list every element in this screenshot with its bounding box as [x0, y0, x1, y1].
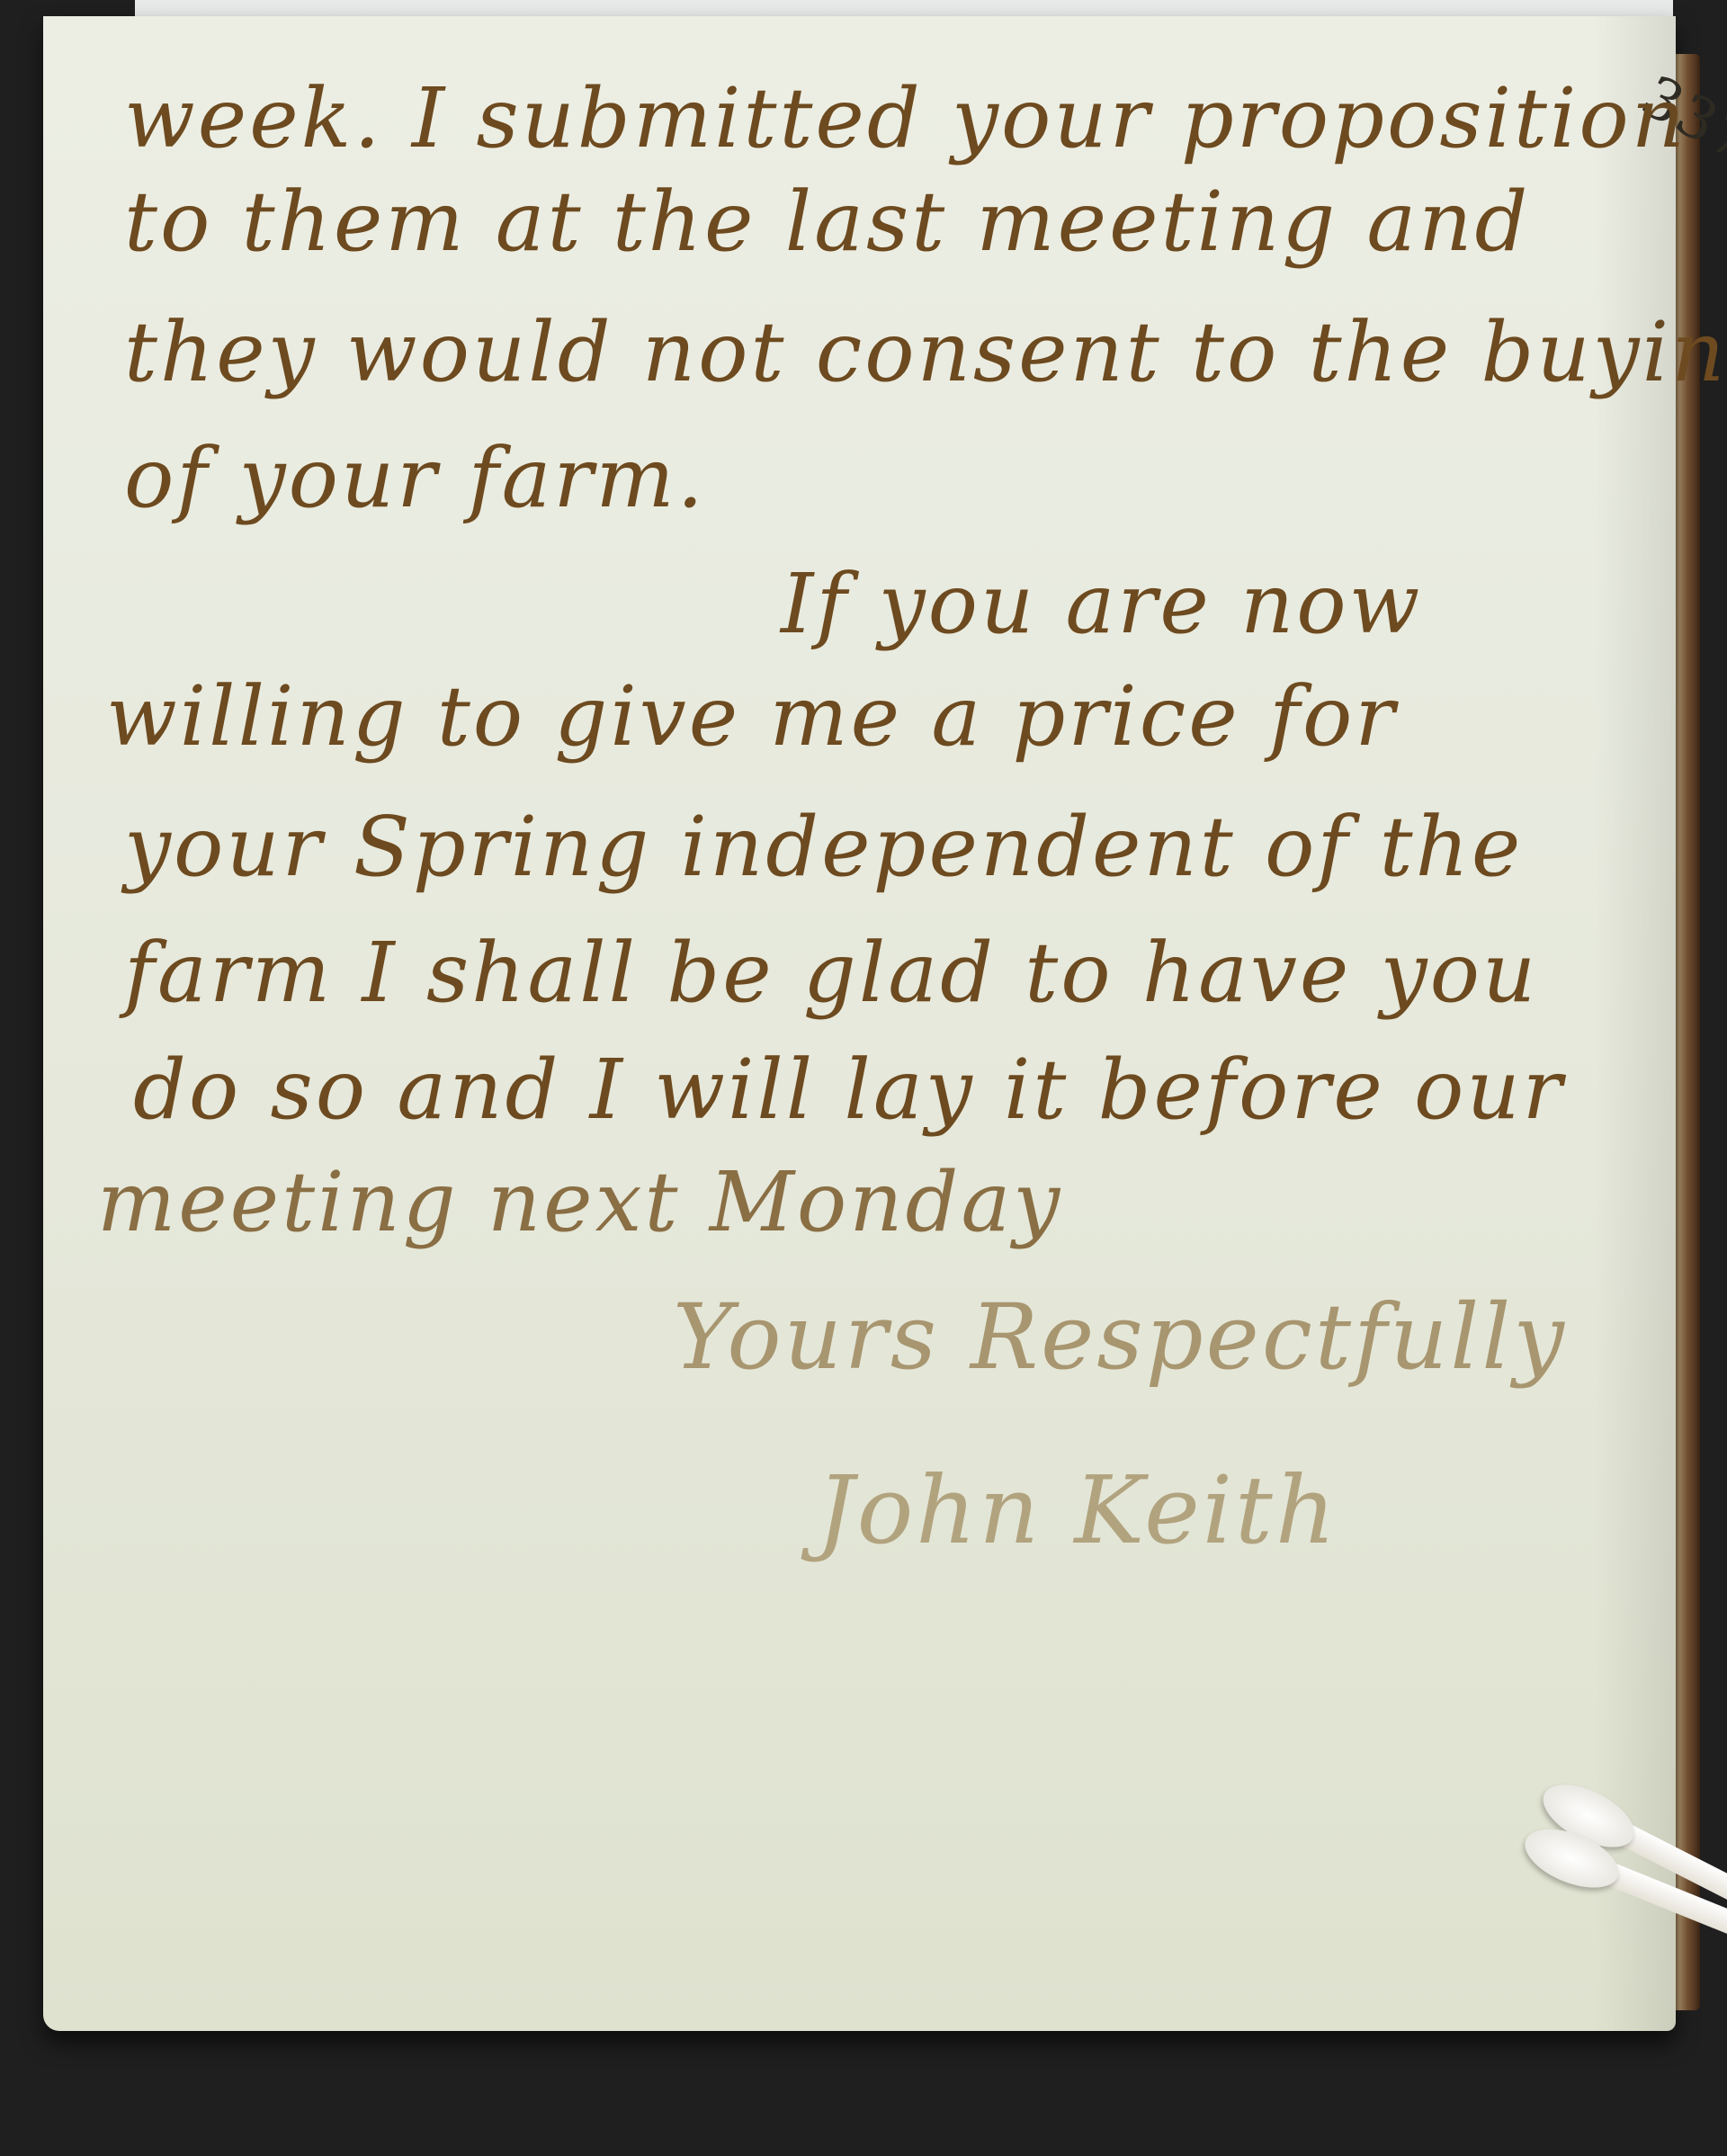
letter-line: willing to give me a price for: [106, 668, 1397, 765]
letter-line: of your farm.: [124, 430, 706, 526]
letter-line: to them at the last meeting and: [124, 174, 1530, 270]
letter-line: your Spring independent of the: [124, 799, 1523, 895]
letter-line: If you are now: [781, 556, 1422, 652]
letter-line: they would not consent to the buying: [124, 304, 1727, 400]
letter-page: 337 week. I submitted your proposition t…: [43, 16, 1676, 2031]
letter-signature: John Keith: [817, 1455, 1338, 1565]
letter-line: farm I shall be glad to have you: [124, 925, 1538, 1021]
letter-line: week. I submitted your proposition: [124, 70, 1687, 166]
letter-line: do so and I will lay it before our: [133, 1042, 1565, 1138]
letter-closing: Yours Respectfully: [673, 1284, 1567, 1390]
letter-line: meeting next Monday: [97, 1154, 1062, 1250]
letter-body: week. I submitted your proposition to th…: [43, 16, 1676, 2031]
